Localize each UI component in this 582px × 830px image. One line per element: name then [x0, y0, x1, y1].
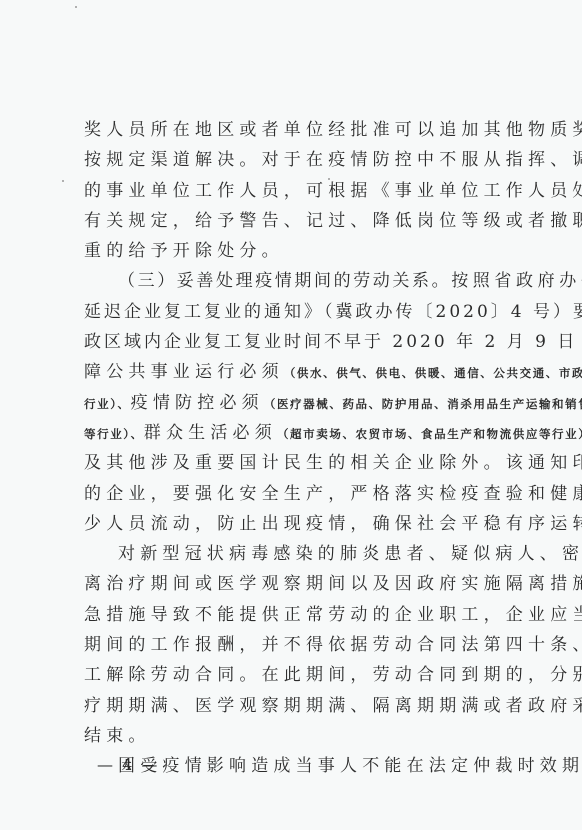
- text-run: 结束。: [84, 726, 151, 746]
- text-line: 延迟企业复工复业的通知》（冀政办传〔2020〕4 号）要求，我市行: [84, 297, 526, 327]
- body-text: 奖人员所在地区或者单位经批准可以追加其他物质奖励，所需经费 按规定渠道解决。对于…: [84, 115, 526, 782]
- parenthetical-note: （超市卖场、农贸市场、食品生产和物流供应等行业）: [277, 427, 582, 441]
- text-line: 有关规定，给予警告、记过、降低岗位等级或者撤职处分，情节严: [84, 206, 526, 236]
- text-run: 障公共事业运行必须: [84, 362, 284, 382]
- text-run: 奖人员所在地区或者单位经批准可以追加其他物质奖励，所需经费: [84, 120, 582, 140]
- scan-speck: [328, 178, 330, 180]
- text-run: 疫情防控必须: [131, 393, 264, 413]
- text-line: 障公共事业运行必须（供水、供气、供电、供暖、通信、公共交通、市政环卫等: [84, 357, 526, 387]
- text-line: 及其他涉及重要国计民生的相关企业除外。该通知印发前已经开工: [84, 448, 526, 478]
- parenthetical-note: （供水、供气、供电、供暖、通信、公共交通、市政环卫等: [284, 366, 582, 380]
- text-line: 政区域内企业复工复业时间不早于 2020 年 2 月 9 日 24 时，涉及保: [84, 327, 526, 357]
- text-run: 重的给予开除处分。: [84, 241, 284, 261]
- text-run: 的企业，要强化安全生产，严格落实检疫查验和健康防护，尽量减: [84, 484, 582, 504]
- text-line: 急措施导致不能提供正常劳动的企业职工，企业应当支付职工在此: [84, 600, 526, 630]
- text-run: 按照省政府办公厅《关于: [451, 271, 582, 291]
- text-run: 疗期期满、医学观察期期满、隔离期期满或者政府采取的紧急措施: [84, 696, 582, 716]
- text-line: 少人员流动，防止出现疫情，确保社会平稳有序运转。: [84, 509, 526, 539]
- text-run: 的事业单位工作人员，可根据《事业单位工作人员处分暂行规定》: [84, 181, 582, 201]
- text-run: 及其他涉及重要国计民生的相关企业除外。该通知印发前已经开工: [84, 453, 582, 473]
- parenthetical-note: 行业）、: [84, 397, 131, 411]
- text-line: 的事业单位工作人员，可根据《事业单位工作人员处分暂行规定》: [84, 176, 526, 206]
- text-run: 急措施导致不能提供正常劳动的企业职工，企业应当支付职工在此: [84, 605, 582, 625]
- text-line: 工解除劳动合同。在此期间，劳动合同到期的，分别顺延至职工医: [84, 660, 526, 690]
- scan-speck: [75, 6, 77, 8]
- text-line: 结束。: [84, 721, 526, 751]
- text-run: 对新型冠状病毒感染的肺炎患者、疑似病人、密切接触者在其隔: [118, 544, 582, 564]
- text-line: 行业）、疫情防控必须（医疗器械、药品、防护用品、消杀用品生产运输和销售: [84, 388, 526, 418]
- text-run: 因受疫情影响造成当事人不能在法定仲裁时效期间申请劳动人: [118, 756, 582, 776]
- text-line: 离治疗期间或医学观察期间以及因政府实施隔离措施或采取其他紧: [84, 569, 526, 599]
- paragraph-start-line: 对新型冠状病毒感染的肺炎患者、疑似病人、密切接触者在其隔: [84, 539, 526, 569]
- text-run: 期间的工作报酬，并不得依据劳动合同法第四十条、四十一条与职: [84, 635, 582, 655]
- scan-speck: [62, 180, 64, 182]
- text-line: 的企业，要强化安全生产，严格落实检疫查验和健康防护，尽量减: [84, 479, 526, 509]
- text-run: 离治疗期间或医学观察期间以及因政府实施隔离措施或采取其他紧: [84, 574, 582, 594]
- text-run: 按规定渠道解决。对于在疫情防控中不服从指挥、调遣或消极对抗: [84, 150, 582, 170]
- text-line: 奖人员所在地区或者单位经批准可以追加其他物质奖励，所需经费: [84, 115, 526, 145]
- parenthetical-note: 等行业）、: [84, 427, 144, 441]
- text-line: 期间的工作报酬，并不得依据劳动合同法第四十条、四十一条与职: [84, 630, 526, 660]
- text-line: 疗期期满、医学观察期期满、隔离期期满或者政府采取的紧急措施: [84, 691, 526, 721]
- text-run: 延迟企业复工复业的通知》（冀政办传〔2020〕4 号）要求，我市行: [84, 302, 582, 322]
- page-number: — 4 —: [97, 754, 159, 776]
- text-run: 政区域内企业复工复业时间不早于 2020 年 2 月 9 日 24 时，涉及保: [84, 332, 582, 352]
- document-page: 奖人员所在地区或者单位经批准可以追加其他物质奖励，所需经费 按规定渠道解决。对于…: [0, 0, 582, 830]
- text-line: 等行业）、群众生活必须（超市卖场、农贸市场、食品生产和物流供应等行业）: [84, 418, 526, 448]
- text-run: 少人员流动，防止出现疫情，确保社会平稳有序运转。: [84, 514, 582, 534]
- text-run: 有关规定，给予警告、记过、降低岗位等级或者撤职处分，情节严: [84, 211, 582, 231]
- text-line: 重的给予开除处分。: [84, 236, 526, 266]
- text-run: 工解除劳动合同。在此期间，劳动合同到期的，分别顺延至职工医: [84, 665, 582, 685]
- section-heading-line: （三）妥善处理疫情期间的劳动关系。按照省政府办公厅《关于: [84, 266, 526, 296]
- parenthetical-note: （医疗器械、药品、防护用品、消杀用品生产运输和销售: [264, 397, 582, 411]
- text-run: 群众生活必须: [144, 423, 277, 443]
- section-heading: （三）妥善处理疫情期间的劳动关系。: [118, 271, 451, 291]
- text-line: 按规定渠道解决。对于在疫情防控中不服从指挥、调遣或消极对抗: [84, 145, 526, 175]
